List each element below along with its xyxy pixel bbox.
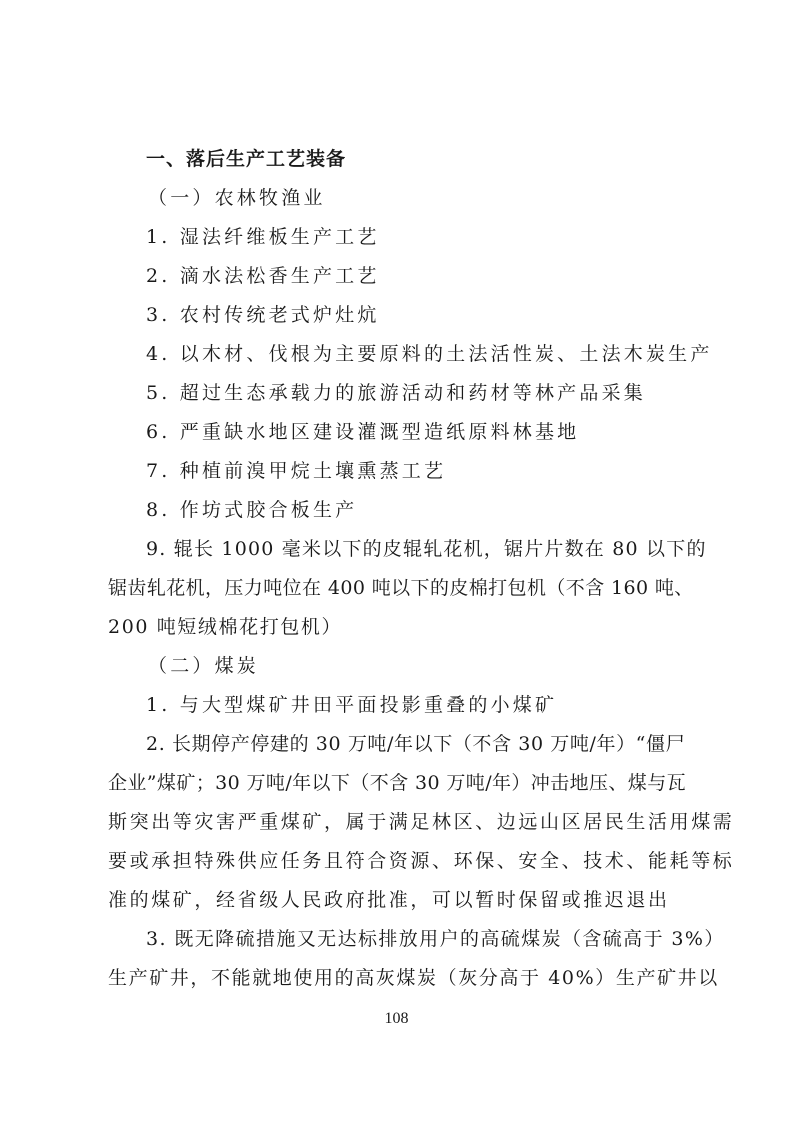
paragraph-line: 准的煤矿，经省级人民政府批准，可以暂时保留或推迟退出 — [108, 887, 688, 913]
paragraph-line: 要或承担特殊供应任务且符合资源、环保、安全、技术、能耗等标 — [108, 848, 688, 874]
list-item: 1. 与大型煤矿井田平面投影重叠的小煤矿 — [146, 692, 726, 718]
paragraph-line: 3. 既无降硫措施又无达标排放用户的高硫煤炭（含硫高于 3%） — [146, 926, 726, 952]
subsection-title-agriculture: （一）农林牧渔业 — [148, 185, 728, 211]
paragraph-line: 锯齿轧花机，压力吨位在 400 吨以下的皮棉打包机（不含 160 吨、 — [108, 575, 688, 601]
list-item: 2. 滴水法松香生产工艺 — [146, 263, 726, 289]
subsection-title-coal: （二）煤炭 — [148, 653, 728, 679]
paragraph-line: 企业”煤矿；30 万吨/年以下（不含 30 万吨/年）冲击地压、煤与瓦 — [108, 770, 688, 796]
paragraph-line: 200 吨短绒棉花打包机） — [108, 614, 688, 640]
paragraph-line: 9. 辊长 1000 毫米以下的皮辊轧花机，锯片片数在 80 以下的 — [146, 536, 688, 562]
paragraph-line: 生产矿井，不能就地使用的高灰煤炭（灰分高于 40%）生产矿井以 — [108, 965, 688, 991]
list-item: 6. 严重缺水地区建设灌溉型造纸原料林基地 — [146, 419, 726, 445]
list-item: 5. 超过生态承载力的旅游活动和药材等林产品采集 — [146, 380, 726, 406]
section-title: 一、落后生产工艺装备 — [146, 146, 726, 172]
list-item: 7. 种植前溴甲烷土壤熏蒸工艺 — [146, 458, 726, 484]
paragraph-line: 2. 长期停产停建的 30 万吨/年以下（不含 30 万吨/年）“僵尸 — [146, 731, 726, 757]
page-number: 108 — [0, 1010, 793, 1028]
paragraph-line: 斯突出等灾害严重煤矿，属于满足林区、边远山区居民生活用煤需 — [108, 809, 688, 835]
list-item: 3. 农村传统老式炉灶炕 — [146, 302, 726, 328]
list-item: 1. 湿法纤维板生产工艺 — [146, 224, 726, 250]
list-item: 8. 作坊式胶合板生产 — [146, 497, 726, 523]
document-page: 一、落后生产工艺装备 （一）农林牧渔业 1. 湿法纤维板生产工艺 2. 滴水法松… — [0, 0, 793, 1122]
list-item: 4. 以木材、伐根为主要原料的土法活性炭、土法木炭生产 — [146, 341, 726, 367]
